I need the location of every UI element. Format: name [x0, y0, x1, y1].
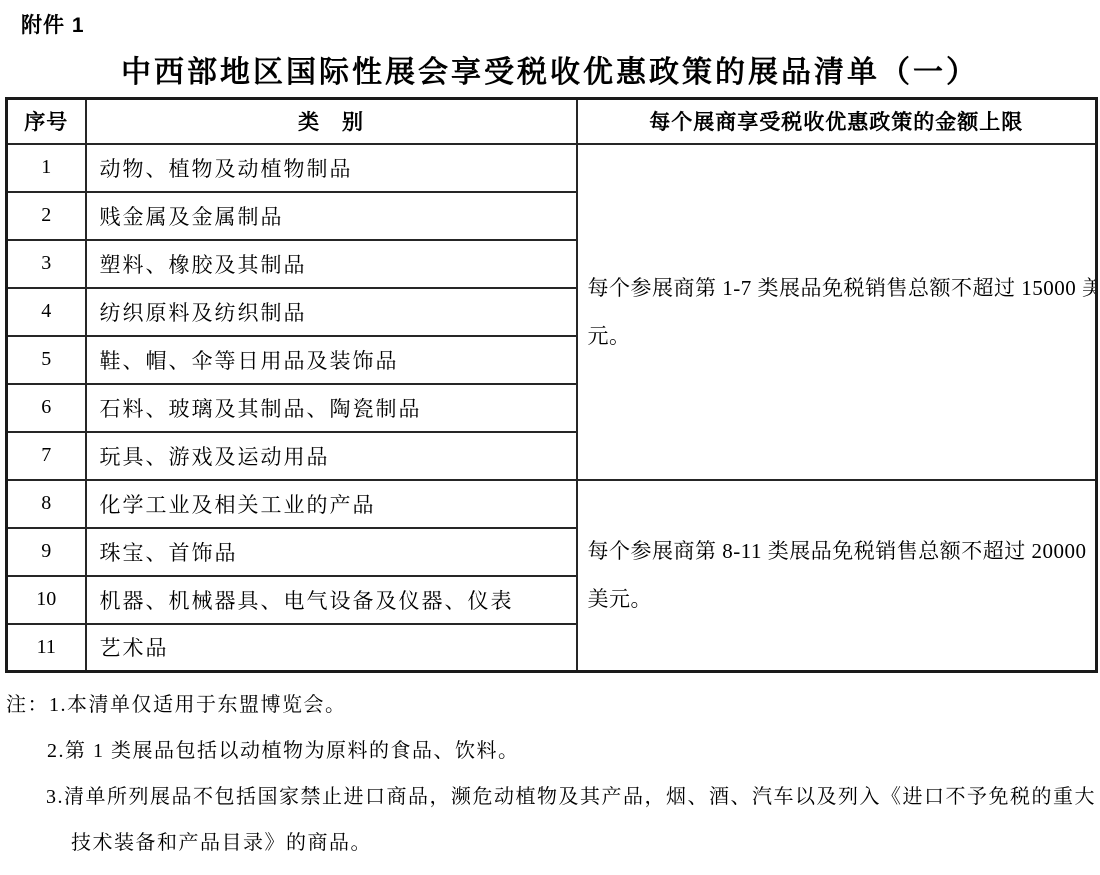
- serial-number-cell: 10: [7, 576, 86, 624]
- table-header-row: 序号 类 别 每个展商享受税收优惠政策的金额上限: [7, 99, 1097, 144]
- attachment-label: 附件 1: [21, 9, 85, 39]
- limit-text-line: 元。: [588, 312, 1090, 360]
- serial-number-cell: 3: [7, 240, 86, 288]
- serial-number-cell: 6: [7, 384, 86, 432]
- serial-number-cell: 1: [7, 144, 86, 192]
- serial-number-cell: 7: [7, 432, 86, 480]
- footnote-line: 3.清单所列展品不包括国家禁止进口商品，濒危动植物及其产品，烟、酒、汽车以及列入…: [46, 774, 1097, 820]
- category-cell: 化学工业及相关工业的产品: [86, 480, 577, 528]
- category-cell: 动物、植物及动植物制品: [86, 144, 577, 192]
- serial-number-cell: 5: [7, 336, 86, 384]
- limit-cell-rows-1-7: 每个参展商第 1-7 类展品免税销售总额不超过 15000 美 元。: [577, 144, 1097, 480]
- serial-number-cell: 8: [7, 480, 86, 528]
- limit-text-line: 美元。: [588, 575, 1090, 623]
- header-serial-number: 序号: [7, 99, 86, 144]
- category-cell: 石料、玻璃及其制品、陶瓷制品: [86, 384, 577, 432]
- exhibits-table: 序号 类 别 每个展商享受税收优惠政策的金额上限 1 动物、植物及动植物制品 每…: [5, 97, 1098, 673]
- page-title: 中西部地区国际性展会享受税收优惠政策的展品清单（一）: [0, 47, 1100, 91]
- serial-number-cell: 11: [7, 624, 86, 672]
- table-row: 1 动物、植物及动植物制品 每个参展商第 1-7 类展品免税销售总额不超过 15…: [7, 144, 1097, 192]
- category-cell: 纺织原料及纺织制品: [86, 288, 577, 336]
- category-cell: 珠宝、首饰品: [86, 528, 577, 576]
- limit-text-line: 每个参展商第 8-11 类展品免税销售总额不超过 20000: [588, 527, 1090, 575]
- header-category: 类 别: [86, 99, 577, 144]
- category-cell: 塑料、橡胶及其制品: [86, 240, 577, 288]
- category-cell: 鞋、帽、伞等日用品及装饰品: [86, 336, 577, 384]
- footnotes: 注：1.本清单仅适用于东盟博览会。 2.第 1 类展品包括以动植物为原料的食品、…: [5, 682, 1097, 866]
- footnote-line: 技术装备和产品目录》的商品。: [71, 820, 1097, 866]
- category-cell: 艺术品: [86, 624, 577, 672]
- table-row: 8 化学工业及相关工业的产品 每个参展商第 8-11 类展品免税销售总额不超过 …: [7, 480, 1097, 528]
- category-cell: 机器、机械器具、电气设备及仪器、仪表: [86, 576, 577, 624]
- header-limit: 每个展商享受税收优惠政策的金额上限: [577, 99, 1097, 144]
- footnote-line: 注：1.本清单仅适用于东盟博览会。: [6, 682, 1097, 728]
- serial-number-cell: 2: [7, 192, 86, 240]
- category-cell: 贱金属及金属制品: [86, 192, 577, 240]
- serial-number-cell: 4: [7, 288, 86, 336]
- category-cell: 玩具、游戏及运动用品: [86, 432, 577, 480]
- serial-number-cell: 9: [7, 528, 86, 576]
- document-page: 附件 1 中西部地区国际性展会享受税收优惠政策的展品清单（一） 序号 类 别 每…: [0, 0, 1100, 875]
- limit-text-line: 每个参展商第 1-7 类展品免税销售总额不超过 15000 美: [588, 264, 1090, 312]
- limit-cell-rows-8-11: 每个参展商第 8-11 类展品免税销售总额不超过 20000 美元。: [577, 480, 1097, 672]
- footnote-line: 2.第 1 类展品包括以动植物为原料的食品、饮料。: [47, 728, 1097, 774]
